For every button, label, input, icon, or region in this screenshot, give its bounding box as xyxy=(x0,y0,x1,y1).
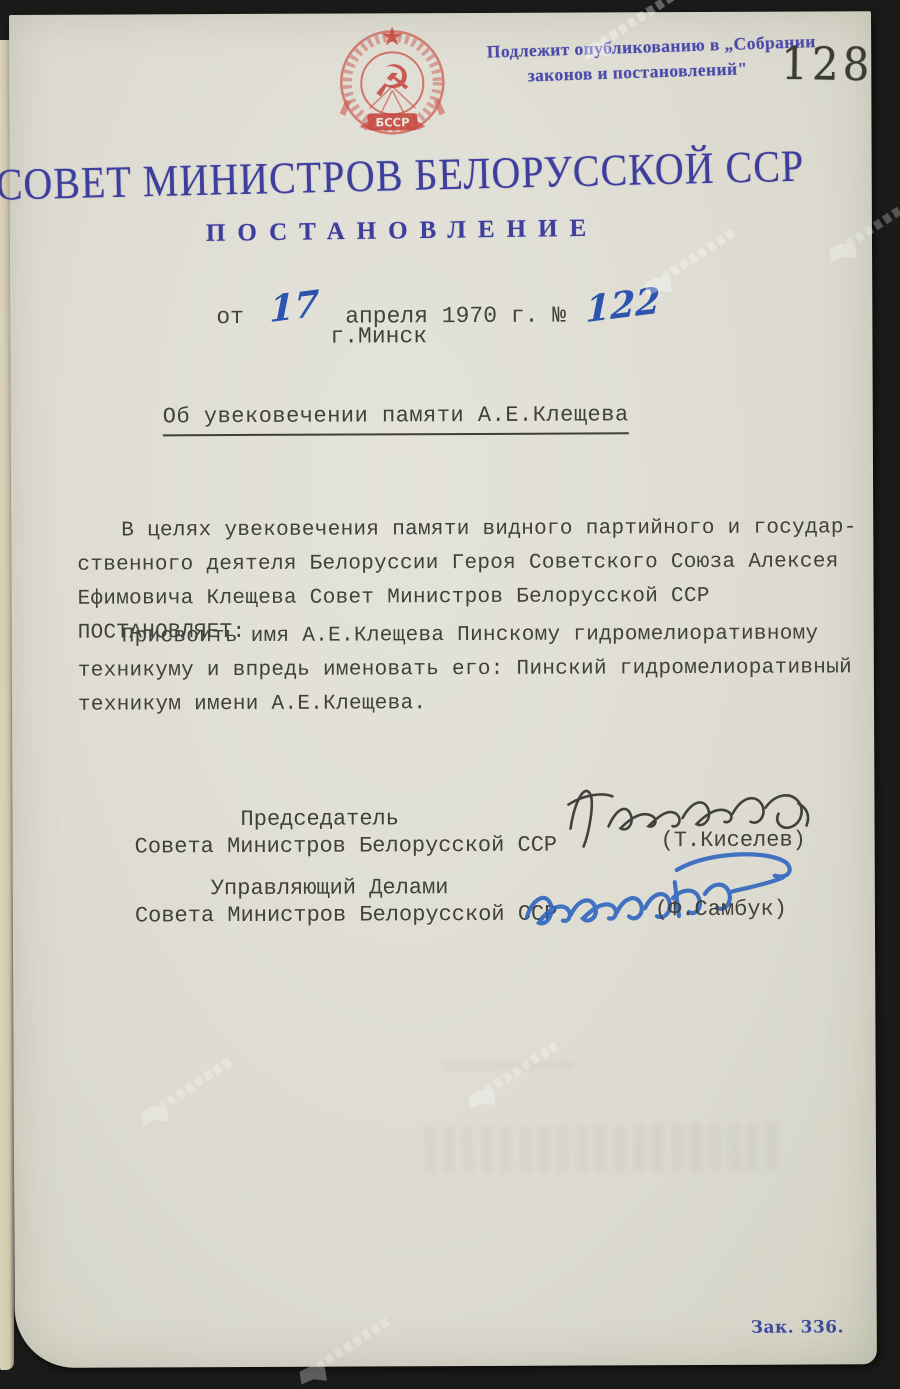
signature2-title-line2: Совета Министров Белорусской ССР xyxy=(135,902,558,930)
emblem-banner-label: БССР xyxy=(375,115,409,129)
bleed-through-smudge xyxy=(424,1122,785,1174)
body-line: ственного деятеля Белоруссии Героя Совет… xyxy=(77,545,877,582)
body-line: Присвоить имя А.Е.Клещева Пинскому гидро… xyxy=(78,617,878,654)
body-line: техникум имени А.Е.Клещева. xyxy=(78,685,878,722)
document-type-heading: ПОСТАНОВЛЕНИЕ xyxy=(206,215,599,248)
archive-watermark-icon xyxy=(830,206,900,266)
body-line: техникуму и впредь именовать его: Пински… xyxy=(78,651,878,688)
print-order-number: Зак. 336. xyxy=(751,1317,844,1337)
hammer-sickle-icon: ☭ xyxy=(372,56,412,107)
page-number-stamp: 128 xyxy=(781,37,874,91)
emblem-banner: БССР xyxy=(359,113,425,130)
date-line: от 17 апреля 1970 г. № 122 xyxy=(216,288,660,332)
handwritten-number: 122 xyxy=(585,279,660,331)
signature1-title-line2: Совета Министров Белорусской ССР xyxy=(135,833,558,861)
date-prefix: от xyxy=(216,304,244,330)
handwritten-day: 17 xyxy=(269,282,319,331)
signature2-title-line1: Управляющий Делами xyxy=(211,875,449,903)
city-line: г.Минск xyxy=(330,323,427,349)
archive-watermark-icon xyxy=(300,1328,410,1388)
body-paragraph-2: Присвоить имя А.Е.Клещева Пинскому гидро… xyxy=(78,617,878,722)
bleed-through-smudge xyxy=(444,1061,574,1072)
bssr-emblem-stamp: ☭ БССР xyxy=(331,20,454,137)
body-line: В целях увековечения памяти видного парт… xyxy=(77,511,877,548)
scan-background: ☭ БССР Подлежит опубликованию в „Собрани… xyxy=(0,0,900,1389)
subject-line: Об увековечении памяти А.Е.Клещева xyxy=(163,402,629,436)
archive-watermark-icon xyxy=(645,240,755,300)
document-title: СОВЕТ МИНИСТРОВ БЕЛОРУССКОЙ ССР xyxy=(0,137,886,211)
signature2-name: (Ф.Самбук) xyxy=(655,897,787,923)
signature1-title-line1: Председатель xyxy=(240,806,399,833)
archive-watermark-icon xyxy=(142,1069,252,1129)
document-page: ☭ БССР Подлежит опубликованию в „Собрани… xyxy=(9,11,877,1368)
publication-stamp: Подлежит опубликованию в „Собрании закон… xyxy=(486,29,827,90)
